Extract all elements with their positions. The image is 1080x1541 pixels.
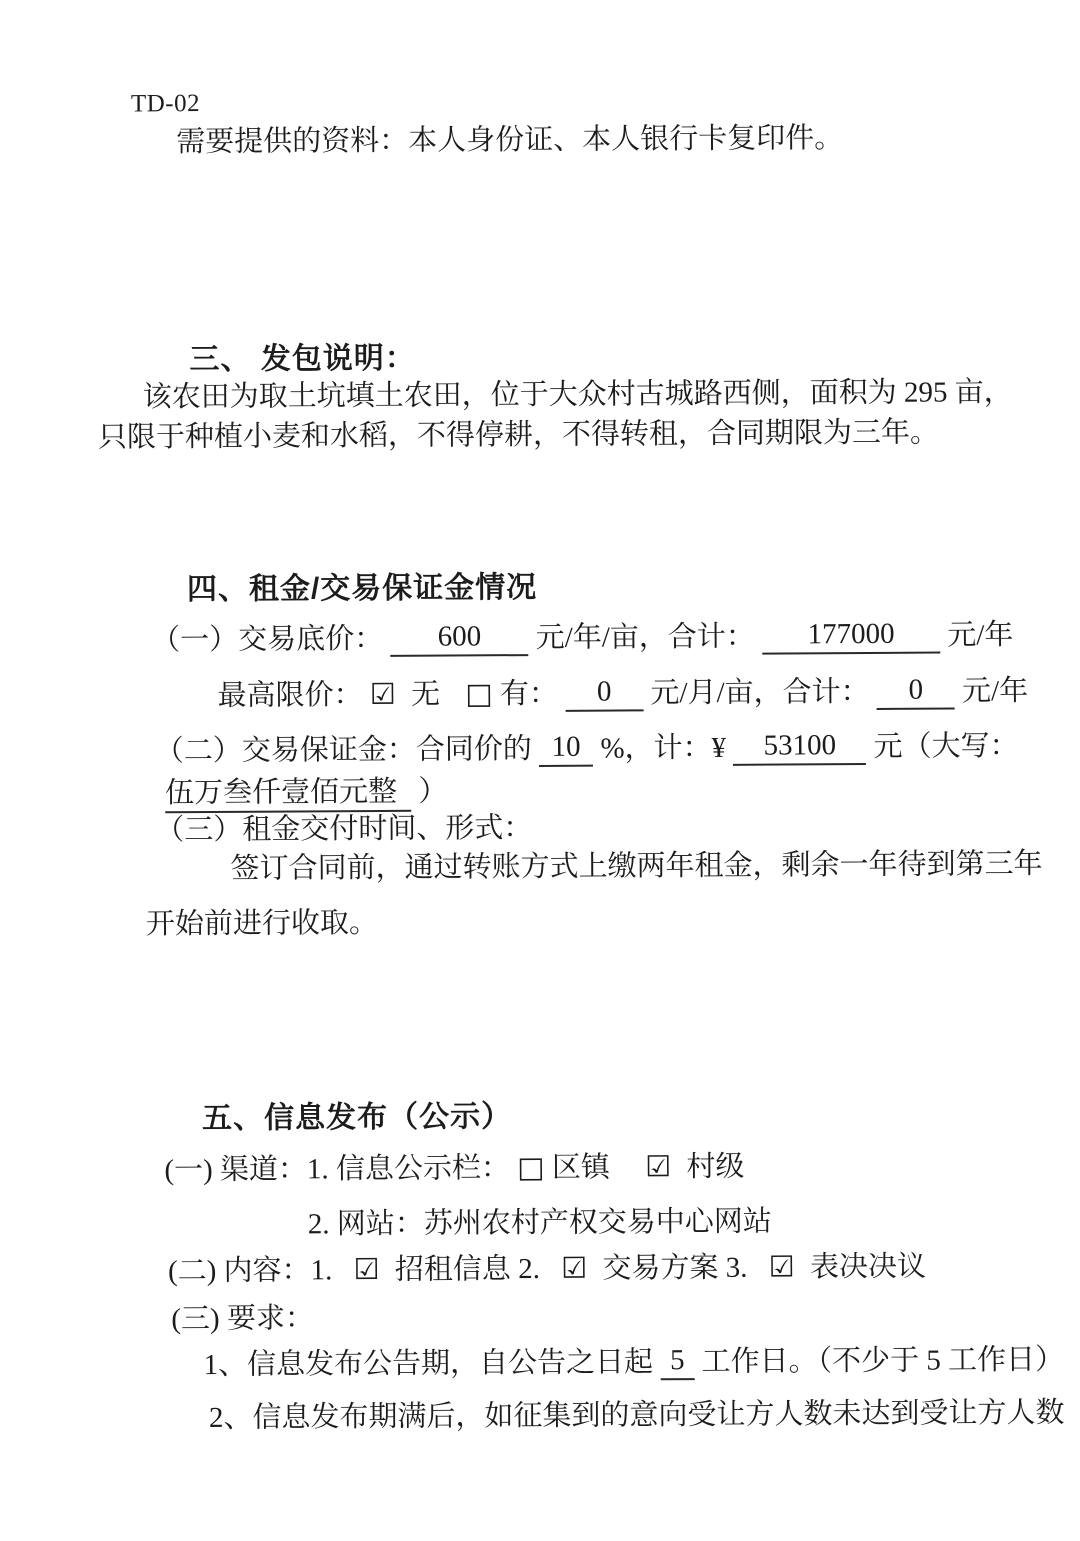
section3-paragraph-line1: 该农田为取土坑填土农田，位于大众村古城路西侧，面积为 295 亩， — [143, 374, 1013, 416]
requirements-item1-suffix: 工作日。（不少于 5 工作日） — [702, 1344, 1065, 1378]
deposit-amount-words-line: 伍万叁仟壹佰元整 ） — [165, 774, 447, 812]
checkbox-unchecked-icon: □ — [517, 1149, 545, 1185]
section3-paragraph-line2: 只限于种植小麦和水稻，不得停耕，不得转租，合同期限为三年。 — [98, 415, 939, 456]
checkbox-checked-icon: ☑ — [769, 1248, 795, 1284]
section4-heading: 四、租金/交易保证金情况 — [187, 569, 538, 609]
base-price-line: （一）交易底价： 600 元/年/亩，合计： 177000 元/年 — [151, 615, 1013, 659]
channel-district-label: 区镇 — [552, 1152, 610, 1184]
required-materials-line: 需要提供的资料：本人身份证、本人银行卡复印件。 — [176, 120, 843, 160]
content-item2-label: 交易方案 — [602, 1252, 718, 1285]
section3-heading: 三、 发包说明： — [189, 340, 416, 379]
requirements-item1-days: 5 — [660, 1342, 694, 1380]
content-item2-num: 2. — [518, 1253, 540, 1285]
payment-label-line: （三）租金交付时间、形式： — [155, 810, 532, 849]
checkbox-checked-icon: ☑ — [354, 1251, 380, 1287]
channel-line: (一) 渠道：1. 信息公示栏： □ 区镇 ☑ 村级 — [164, 1148, 744, 1189]
channel-label: (一) 渠道：1. 信息公示栏： — [164, 1152, 510, 1186]
max-price-line: 最高限价： ☑ 无 □ 有： 0 元/月/亩，合计： 0 元/年 — [217, 671, 1028, 714]
content-line: (二) 内容：1. ☑ 招租信息 2. ☑ 交易方案 3. ☑ 表决决议 — [168, 1248, 926, 1290]
requirements-item2-line: 2、信息发布期满后，如征集到的意向受让方人数未达到受让方人数 — [209, 1395, 1065, 1436]
deposit-amount-suffix: 元（大写： — [873, 730, 1018, 763]
checkbox-unchecked-icon: □ — [465, 675, 493, 711]
content-label: (二) 内容：1. — [168, 1254, 333, 1287]
base-price-total-suffix: 元/年 — [947, 619, 1013, 651]
content-item1-label: 招租信息 — [395, 1253, 511, 1286]
payment-line1: 签订合同前，通过转账方式上缴两年租金，剩余一年待到第三年 — [230, 846, 1042, 887]
channel-village-label: 村级 — [686, 1151, 744, 1183]
max-price-total-value: 0 — [877, 671, 955, 710]
requirements-item1-prefix: 1、信息发布公告期，自公告之日起 — [204, 1346, 654, 1381]
deposit-label: （二）交易保证金：合同价的 — [155, 733, 532, 767]
checkbox-checked-icon: ☑ — [561, 1250, 587, 1286]
requirements-item1-line: 1、信息发布公告期，自公告之日起 5 工作日。（不少于 5 工作日） — [204, 1340, 1065, 1384]
deposit-percent-suffix: %，计：¥ — [600, 732, 726, 765]
deposit-amount-words: 伍万叁仟壹佰元整 — [165, 776, 411, 814]
checkbox-checked-icon: ☑ — [370, 676, 396, 712]
requirements-label-line: (三) 要求： — [171, 1300, 314, 1337]
content-item3-num: 3. — [726, 1252, 748, 1284]
max-price-label: 最高限价： — [217, 679, 362, 712]
max-price-unit-suffix: 元/月/亩，合计： — [650, 676, 869, 709]
scanned-document-page: TD-02 需要提供的资料：本人身份证、本人银行卡复印件。 三、 发包说明： 该… — [0, 0, 1080, 1541]
document-content: TD-02 需要提供的资料：本人身份证、本人银行卡复印件。 三、 发包说明： 该… — [0, 0, 1080, 1541]
content-item3-label: 表决决议 — [810, 1251, 926, 1284]
max-price-total-suffix: 元/年 — [962, 675, 1028, 707]
base-price-unit-suffix: 元/年/亩，合计： — [536, 621, 755, 654]
base-price-total-value: 177000 — [762, 616, 940, 655]
base-price-label: （一）交易底价： — [151, 623, 383, 656]
deposit-amount-value: 53100 — [733, 727, 866, 766]
section5-heading: 五、信息发布（公示） — [202, 1098, 512, 1137]
base-price-unit-value: 600 — [390, 618, 528, 657]
max-price-unit-value: 0 — [565, 673, 643, 712]
max-price-yes-label: 有： — [500, 678, 558, 710]
deposit-percent-value: 10 — [539, 729, 593, 768]
doc-code: TD-02 — [131, 88, 200, 120]
checkbox-checked-icon: ☑ — [645, 1148, 671, 1184]
deposit-line: （二）交易保证金：合同价的 10 %，计：¥ 53100 元（大写： — [155, 726, 1019, 770]
website-line: 2. 网站：苏州农村产权交易中心网站 — [308, 1204, 772, 1243]
deposit-words-suffix: ） — [418, 776, 447, 808]
payment-line2: 开始前进行收取。 — [146, 905, 378, 943]
max-price-no-label: 无 — [411, 679, 440, 711]
